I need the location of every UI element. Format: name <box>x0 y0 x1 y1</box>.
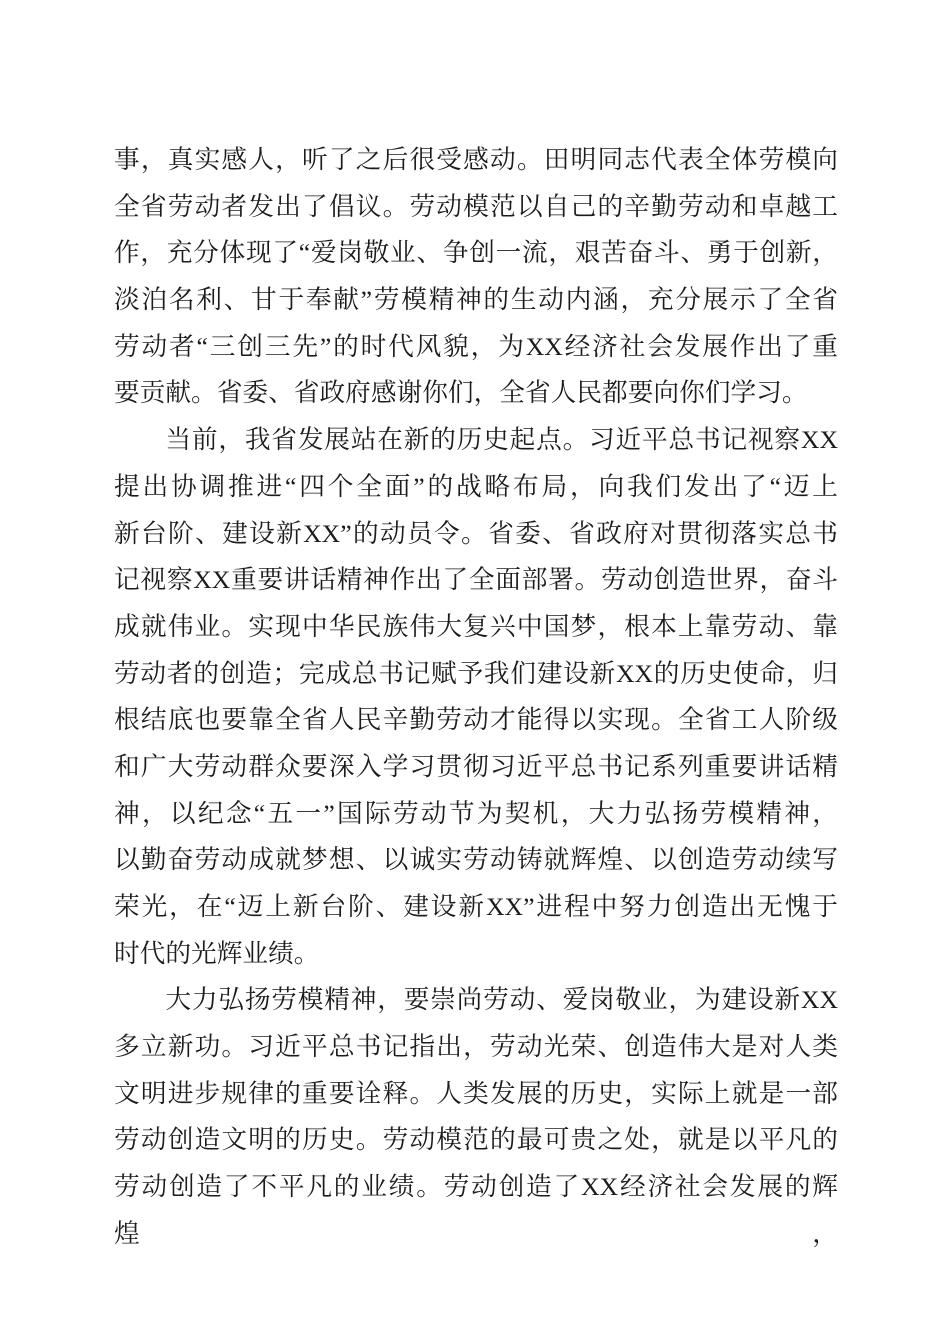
paragraph: 当前，我省发展站在新的历史起点。习近平总书记视察XX提出协调推进“四个全面”的战… <box>114 417 838 977</box>
text-line: 要贡献。省委、省政府感谢你们，全省人民都要向你们学习。 <box>114 370 838 417</box>
text-line: 劳动创造文明的历史。劳动模范的最可贵之处，就是以平凡的 <box>114 1117 838 1164</box>
text-line: 根结底也要靠全省人民辛勤劳动才能得以实现。全省工人阶级 <box>114 697 838 744</box>
text-line: 和广大劳动群众要深入学习贯彻习近平总书记系列重要讲话精 <box>114 744 838 791</box>
text-line: 全省劳动者发出了倡议。劳动模范以自己的辛勤劳动和卓越工 <box>114 184 838 231</box>
text-line: 淡泊名利、甘于奉献”劳模精神的生动内涵，充分展示了全省 <box>114 277 838 324</box>
text-line: 提出协调推进“四个全面”的战略布局，向我们发出了“迈上 <box>114 464 838 511</box>
text-line: 时代的光辉业绩。 <box>114 931 838 978</box>
text-line: 劳动创造了不平凡的业绩。劳动创造了XX经济社会发展的辉煌， <box>114 1164 838 1211</box>
text-line: 成就伟业。实现中华民族伟大复兴中国梦，根本上靠劳动、靠 <box>114 604 838 651</box>
text-line: 文明进步规律的重要诠释。人类发展的历史，实际上就是一部 <box>114 1071 838 1118</box>
text-line: 以勤奋劳动成就梦想、以诚实劳动铸就辉煌、以创造劳动续写 <box>114 837 838 884</box>
text-line: 记视察XX重要讲话精神作出了全面部署。劳动创造世界，奋斗 <box>114 557 838 604</box>
text-line: 劳动者“三创三先”的时代风貌，为XX经济社会发展作出了重 <box>114 324 838 371</box>
text-line: 神，以纪念“五一”国际劳动节为契机，大力弘扬劳模精神， <box>114 791 838 838</box>
text-line: 新台阶、建设新XX”的动员令。省委、省政府对贯彻落实总书 <box>114 511 838 558</box>
text-line: 多立新功。习近平总书记指出，劳动光荣、创造伟大是对人类 <box>114 1024 838 1071</box>
text-line: 大力弘扬劳模精神，要崇尚劳动、爱岗敬业，为建设新XX <box>114 977 838 1024</box>
text-line: 事，真实感人，听了之后很受感动。田明同志代表全体劳模向 <box>114 137 838 184</box>
paragraph: 事，真实感人，听了之后很受感动。田明同志代表全体劳模向全省劳动者发出了倡议。劳动… <box>114 137 838 417</box>
text-line: 荣光，在“迈上新台阶、建设新XX”进程中努力创造出无愧于 <box>114 884 838 931</box>
text-line: 当前，我省发展站在新的历史起点。习近平总书记视察XX <box>114 417 838 464</box>
document-text: 事，真实感人，听了之后很受感动。田明同志代表全体劳模向全省劳动者发出了倡议。劳动… <box>114 137 838 1211</box>
paragraph: 大力弘扬劳模精神，要崇尚劳动、爱岗敬业，为建设新XX多立新功。习近平总书记指出，… <box>114 977 838 1210</box>
text-line: 作，充分体现了“爱岗敬业、争创一流，艰苦奋斗、勇于创新， <box>114 230 838 277</box>
text-line: 劳动者的创造；完成总书记赋予我们建设新XX的历史使命，归 <box>114 651 838 698</box>
document-page: 事，真实感人，听了之后很受感动。田明同志代表全体劳模向全省劳动者发出了倡议。劳动… <box>0 0 950 1344</box>
